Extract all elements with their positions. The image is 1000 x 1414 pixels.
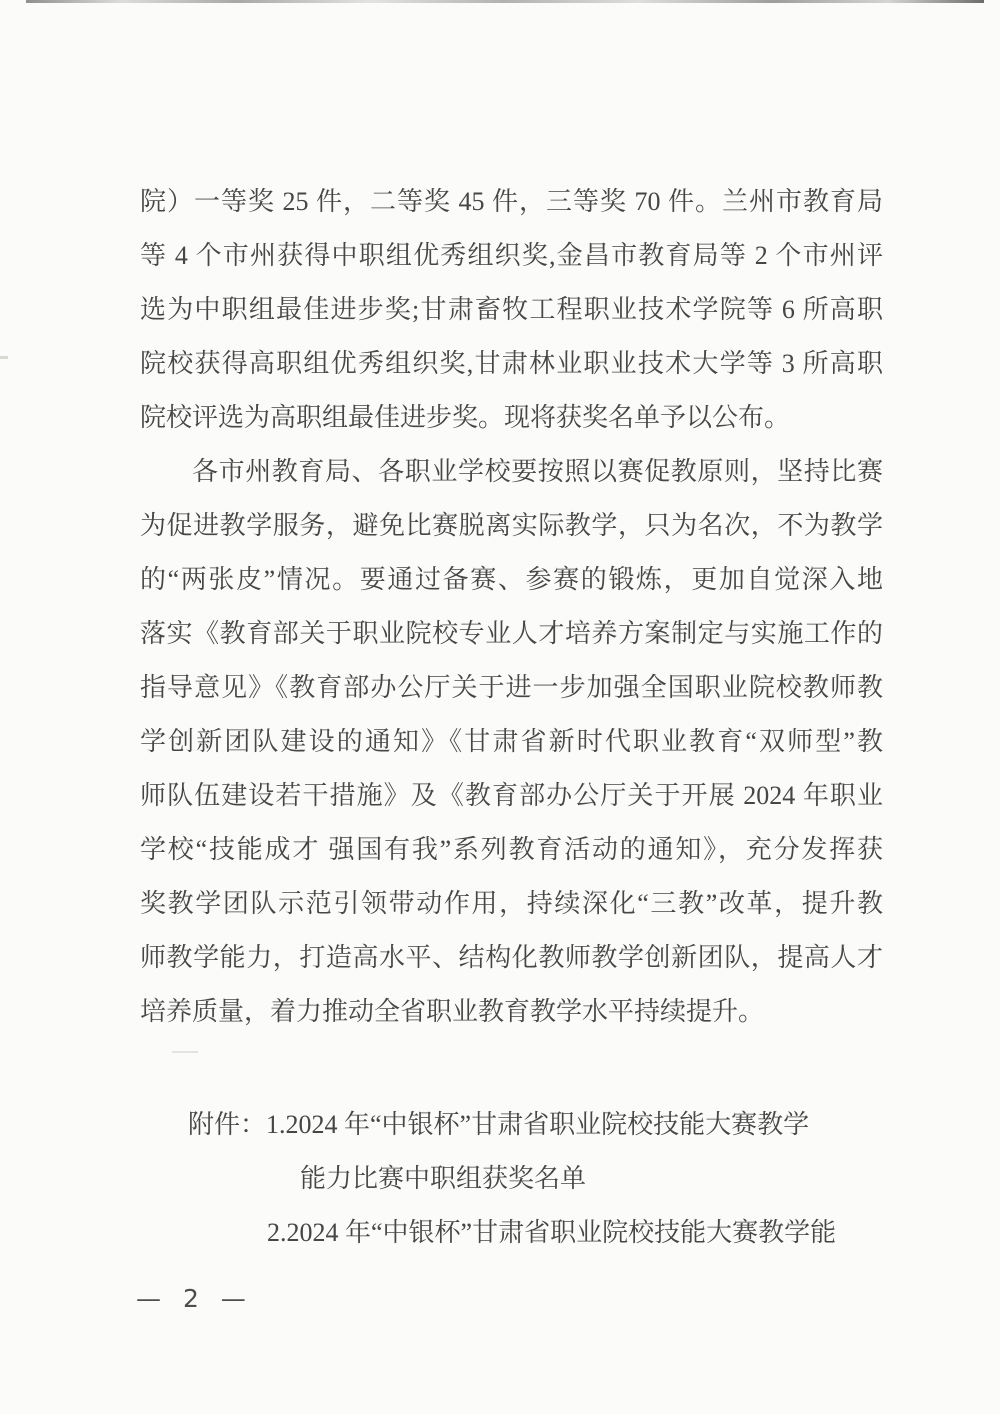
attachment-item-1-text: 1.2024 年“中银杯”甘肃省职业院校技能大赛教学 xyxy=(266,1110,809,1139)
body-line: 院）一等奖 25 件，二等奖 45 件，三等奖 70 件。兰州市教育局 xyxy=(140,175,883,229)
body-line: 选为中职组最佳进步奖;甘肃畜牧工程职业技术学院等 6 所高职 xyxy=(140,283,883,337)
scan-speck xyxy=(0,356,8,359)
body-line-paragraph-end: 院校评选为高职组最佳进步奖。现将获奖名单予以公布。 xyxy=(140,391,883,445)
scanned-document-page: { "page": { "footer_page_number": "— 2 —… xyxy=(0,0,1000,1414)
page-number: — 2 — xyxy=(136,1284,253,1314)
body-line: 院校获得高职组优秀组织奖,甘肃林业职业技术大学等 3 所高职 xyxy=(140,337,883,391)
body-line: 学创新团队建设的通知》《甘肃省新时代职业教育“双师型”教 xyxy=(140,715,883,769)
body-line: 奖教学团队示范引领带动作用，持续深化“三教”改革，提升教 xyxy=(140,877,883,931)
attachment-section: 附件：1.2024 年“中银杯”甘肃省职业院校技能大赛教学 能力比赛中职组获奖名… xyxy=(188,1098,948,1260)
attachment-item-1-line-1: 附件：1.2024 年“中银杯”甘肃省职业院校技能大赛教学 xyxy=(188,1098,948,1152)
body-line: 为促进教学服务，避免比赛脱离实际教学，只为名次，不为教学 xyxy=(140,499,883,553)
body-line-paragraph-end: 培养质量，着力推动全省职业教育教学水平持续提升。 xyxy=(140,985,883,1039)
attachment-item-2-line-1: 2.2024 年“中银杯”甘肃省职业院校技能大赛教学能 xyxy=(267,1206,948,1260)
body-line: 等 4 个市州获得中职组优秀组织奖,金昌市教育局等 2 个市州评 xyxy=(140,229,883,283)
body-line: 学校“技能成才 强国有我”系列教育活动的通知》，充分发挥获 xyxy=(140,823,883,877)
body-line: 师队伍建设若干措施》及《教育部办公厅关于开展 2024 年职业 xyxy=(140,769,883,823)
body-line: 指导意见》《教育部办公厅关于进一步加强全国职业院校教师教 xyxy=(140,661,883,715)
body-line-paragraph-start: 各市州教育局、各职业学校要按照以赛促教原则，坚持比赛 xyxy=(140,445,883,499)
scan-artifact-top-edge xyxy=(26,0,984,3)
body-line: 师教学能力，打造高水平、结构化教师教学创新团队，提高人才 xyxy=(140,931,883,985)
body-line: 的“两张皮”情况。要通过备赛、参赛的锻炼，更加自觉深入地 xyxy=(140,553,883,607)
body-line: 落实《教育部关于职业院校专业人才培养方案制定与实施工作的 xyxy=(140,607,883,661)
attachment-item-1-line-2: 能力比赛中职组获奖名单 xyxy=(300,1152,948,1206)
attachment-label: 附件： xyxy=(188,1110,266,1139)
scan-smudge xyxy=(172,1051,198,1053)
document-body-text: 院）一等奖 25 件，二等奖 45 件，三等奖 70 件。兰州市教育局 等 4 … xyxy=(140,175,883,1039)
